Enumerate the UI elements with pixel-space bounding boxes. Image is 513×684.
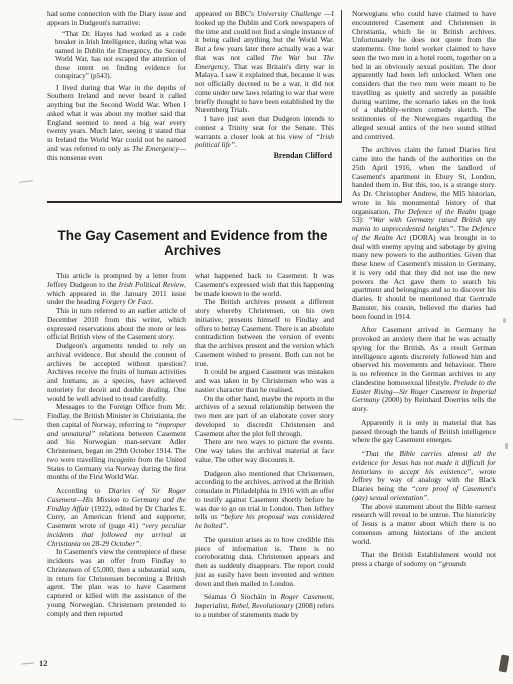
body-paragraph: had some connection with the Diary issue… <box>47 10 186 28</box>
scan-artifact-speck <box>503 318 506 323</box>
page-footer: 12 <box>21 658 48 668</box>
article-title: The Gay Casement and Evidence from the A… <box>47 228 338 258</box>
body-paragraph: “That the Bible carries almost all the e… <box>352 450 496 503</box>
block-quote: “That Dr. Hayes had worked as a code bre… <box>47 30 186 81</box>
prev-article-columns: had some connection with the Diary issue… <box>47 10 334 162</box>
body-paragraph: The archives claim the famed Diaries fir… <box>352 146 496 321</box>
body-paragraph: According to Diaries of Sir Roger Caseme… <box>47 487 186 548</box>
magazine-page-scan: had some connection with the Diary issue… <box>0 0 513 684</box>
body-paragraph: There are two ways to picture the events… <box>195 438 334 464</box>
scan-artifact-mark <box>21 662 34 664</box>
body-paragraph: Dudgeon's arguments tended to rely on ar… <box>47 342 186 403</box>
body-paragraph: appeared on BBC's University Challenge —… <box>195 10 334 115</box>
body-paragraph: The above statement about the Bible earn… <box>352 503 496 547</box>
prev-article-col2: appeared on BBC's University Challenge —… <box>195 10 334 162</box>
author-byline: Brendan Clifford <box>195 152 334 161</box>
main-article-col3: Norwegians who could have claimed to hav… <box>352 10 496 620</box>
prev-article-col1: had some connection with the Diary issue… <box>47 10 186 162</box>
body-paragraph: This in turn referred to an earlier arti… <box>47 307 186 342</box>
previous-article-ending: had some connection with the Diary issue… <box>47 10 342 203</box>
main-article-col2: what happened back to Casement. It was C… <box>195 272 334 620</box>
body-paragraph: Dudgeon also mentioned that Christensen,… <box>195 470 334 531</box>
body-paragraph: This article is prompted by a letter fro… <box>47 272 186 307</box>
main-article-col1: This article is prompted by a letter fro… <box>47 272 186 620</box>
body-paragraph: Séamas Ó Síocháin in Roger Casement, Imp… <box>195 593 334 619</box>
body-paragraph: On the other hand, maybe the reports in … <box>195 395 334 439</box>
body-paragraph: what happened back to Casement. It was C… <box>195 272 334 298</box>
body-paragraph: In Casement's view the centrepiece of th… <box>47 548 186 618</box>
body-paragraph: The question arises as to how credible t… <box>195 536 334 589</box>
body-paragraph: That the British Establishment would not… <box>352 551 496 569</box>
body-paragraph: I lived during that War in the depths of… <box>47 84 186 163</box>
body-paragraph: After Casement arrived in Germany he pro… <box>352 326 496 414</box>
scan-artifact-mark <box>13 419 23 421</box>
left-two-column-block: had some connection with the Diary issue… <box>47 10 342 620</box>
main-article-columns: This article is prompted by a letter fro… <box>47 272 342 620</box>
body-paragraph: The British archives present a different… <box>195 298 334 368</box>
page-number: 12 <box>39 658 48 668</box>
scan-artifact-speck <box>505 443 508 449</box>
scan-artifact-blob <box>499 654 510 672</box>
body-paragraph: Apparently it is only in material that h… <box>352 419 496 445</box>
body-paragraph: Messages to the Foreign Office from Mr. … <box>47 403 186 482</box>
body-paragraph: Norwegians who could have claimed to hav… <box>352 10 496 141</box>
body-paragraph: It could be argued Casement was mistaken… <box>195 368 334 394</box>
body-paragraph: I have just seen that Dudgeon intends to… <box>195 115 334 150</box>
page-content: had some connection with the Diary issue… <box>47 10 496 620</box>
scan-artifact-mark <box>19 180 33 183</box>
